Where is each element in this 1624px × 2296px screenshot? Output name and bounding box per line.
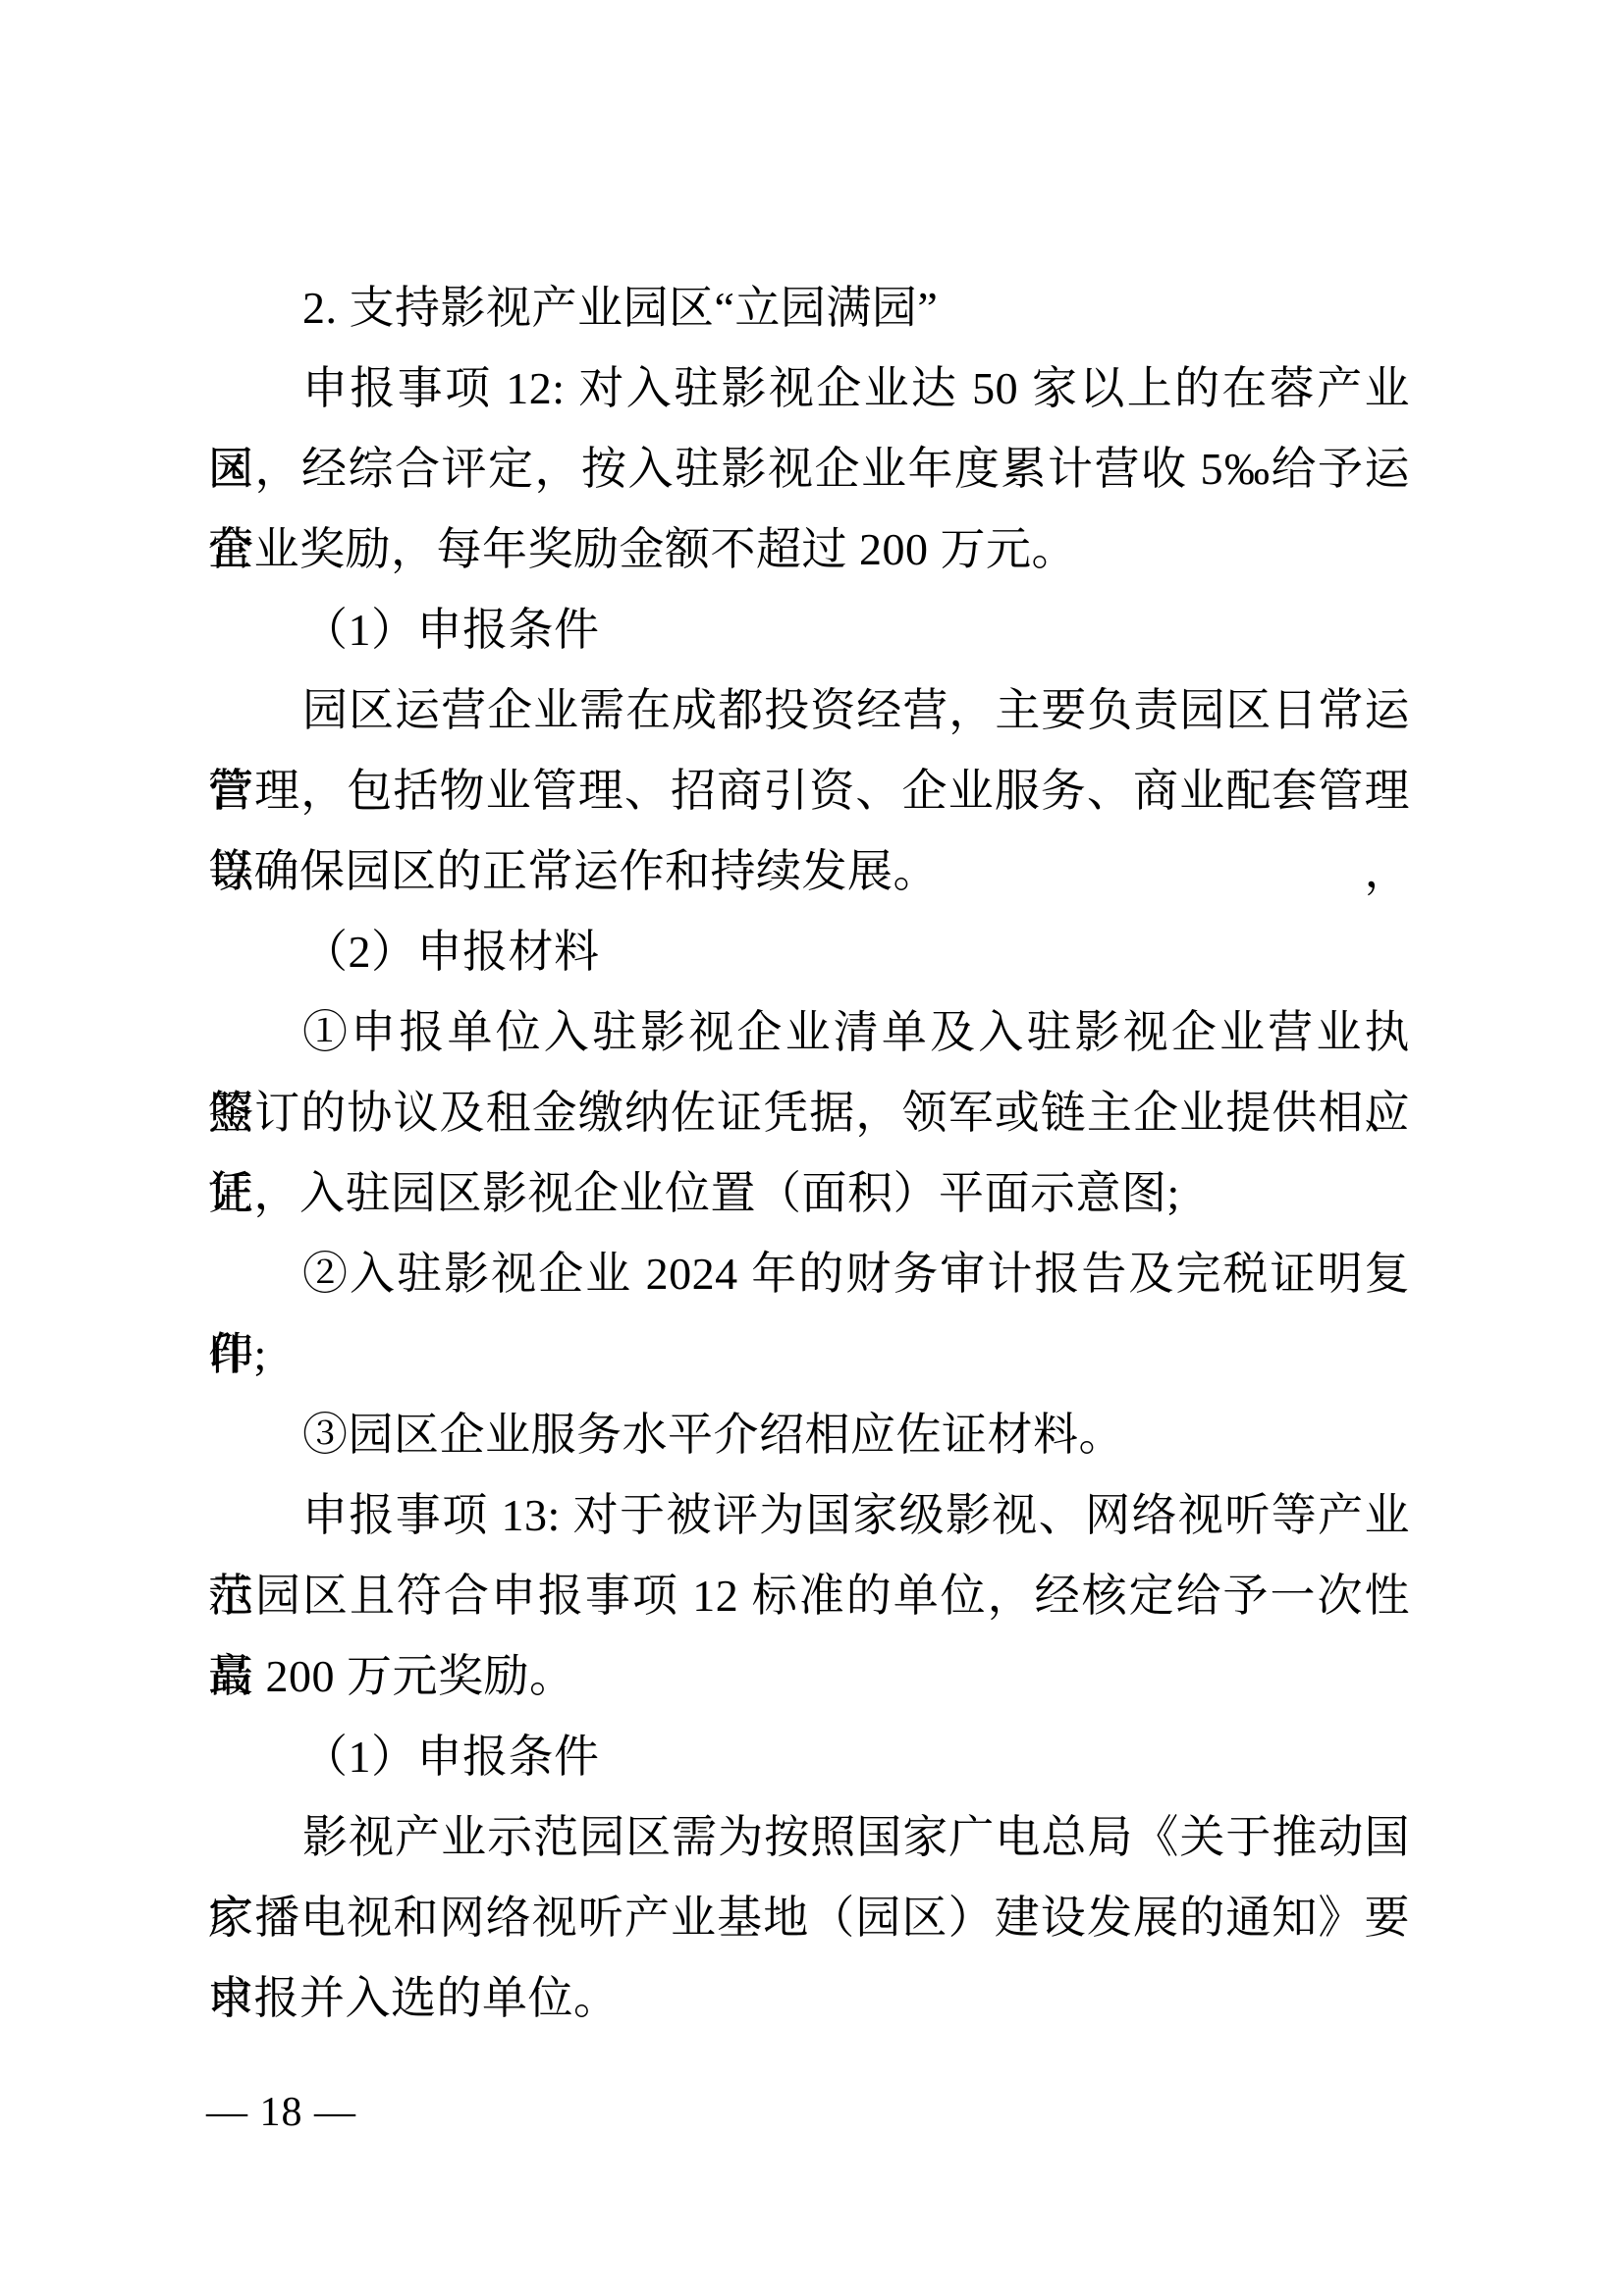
text-line: 范园区且符合申报事项 12 标准的单位，经核定给予一次性最 xyxy=(208,1556,1410,1636)
document-page: 2. 支持影视产业园区“立园满园”申报事项 12: 对入驻影视企业达 50 家以… xyxy=(0,0,1624,2296)
text-line: 申报事项 13: 对于被评为国家级影视、网络视听等产业示 xyxy=(208,1475,1410,1556)
text-line: 2. 支持影视产业园区“立园满园” xyxy=(208,268,1410,348)
text-line: 申报事项 12: 对入驻影视企业达 50 家以上的在蓉产业园 xyxy=(208,348,1410,429)
text-line: ①申报单位入驻影视企业清单及入驻影视企业营业执照、 xyxy=(208,992,1410,1073)
text-line: 园区运营企业需在成都投资经营，主要负责园区日常运营 xyxy=(208,670,1410,751)
text-line: 管理，包括物业管理、招商引资、企业服务、商业配套管理等， xyxy=(208,751,1410,831)
text-line: ②入驻影视企业 2024 年的财务审计报告及完税证明复印 xyxy=(208,1234,1410,1314)
text-line: （2）申报材料 xyxy=(208,912,1410,992)
text-line: （1）申报条件 xyxy=(208,590,1410,670)
text-line: 证，入驻园区影视企业位置（面积）平面示意图; xyxy=(208,1153,1410,1234)
page-number: — 18 — xyxy=(206,2083,356,2142)
text-line: 影视产业示范园区需为按照国家广电总局《关于推动国家 xyxy=(208,1797,1410,1878)
text-line: 区，经综合评定，按入驻影视企业年度累计营收 5‰给予运营 xyxy=(208,429,1410,509)
text-line: 广播电视和网络视听产业基地（园区）建设发展的通知》要求 xyxy=(208,1878,1410,1958)
text-line: 件; xyxy=(208,1314,1410,1395)
text-line: 企业奖励，每年奖励金额不超过 200 万元。 xyxy=(208,509,1410,590)
text-line: （1）申报条件 xyxy=(208,1717,1410,1797)
document-body: 2. 支持影视产业园区“立园满园”申报事项 12: 对入驻影视企业达 50 家以… xyxy=(208,268,1410,2039)
text-line: ③园区企业服务水平介绍相应佐证材料。 xyxy=(208,1395,1410,1475)
text-line: 签订的协议及租金缴纳佐证凭据，领军或链主企业提供相应凭 xyxy=(208,1073,1410,1153)
text-line: 高 200 万元奖励。 xyxy=(208,1636,1410,1717)
text-line: 申报并入选的单位。 xyxy=(208,1958,1410,2039)
